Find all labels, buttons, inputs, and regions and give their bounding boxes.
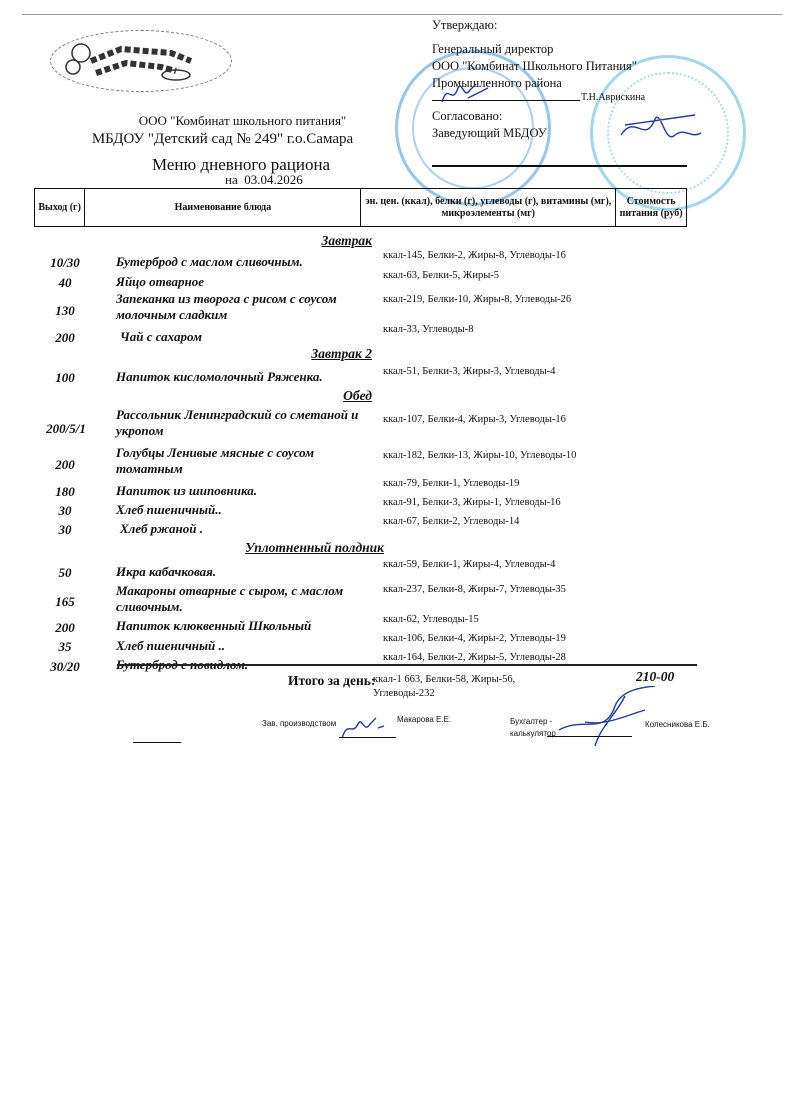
- item-name: Запеканка из творога с рисом с соусом мо…: [116, 291, 371, 323]
- column-header-cost: Стоимость питания (руб): [616, 189, 687, 227]
- production-head-name: Макарова Е.Е.: [397, 715, 451, 724]
- accountant-signature-line: [547, 736, 632, 737]
- item-nutrition: ккал-79, Белки-1, Углеводы-19: [383, 478, 693, 489]
- item-name: Бутерброд с маслом сливочным.: [116, 254, 381, 270]
- daily-total-nutrition-line2: Углеводы-232: [373, 687, 573, 701]
- item-nutrition: ккал-106, Белки-4, Жиры-2, Углеводы-19: [383, 633, 693, 644]
- item-nutrition: ккал-67, Белки-2, Углеводы-14: [383, 516, 693, 527]
- item-name: Напиток из шиповника.: [116, 483, 381, 499]
- logo-graphic-icon: [51, 31, 231, 91]
- item-nutrition: ккал-91, Белки-3, Жиры-1, Углеводы-16: [383, 497, 693, 508]
- company-logo: [50, 30, 232, 92]
- item-yield: 200: [30, 620, 100, 636]
- daily-total-label: Итого за день:: [288, 673, 375, 689]
- institution-name: МБДОУ "Детский сад № 249" г.о.Самара: [0, 131, 385, 148]
- item-name: Икра кабачковая.: [116, 564, 381, 580]
- item-nutrition: ккал-107, Белки-4, Жиры-3, Углеводы-16: [383, 414, 693, 425]
- column-header-yield: Выход (г): [35, 189, 85, 227]
- item-yield: 165: [30, 594, 100, 610]
- section-lunch: Обед: [0, 388, 372, 404]
- daily-total-nutrition-line1: ккал-1 663, Белки-58, Жиры-56,: [373, 673, 573, 687]
- menu-date: на 03.04.2026: [225, 172, 303, 188]
- item-yield: 100: [30, 370, 100, 386]
- item-yield: 200: [30, 330, 100, 346]
- item-nutrition: ккал-145, Белки-2, Жиры-8, Углеводы-16: [383, 250, 693, 261]
- item-name: Яйцо отварное: [116, 274, 381, 290]
- item-name: Напиток клюквенный Школьный: [116, 618, 381, 634]
- item-nutrition: ккал-164, Белки-2, Жиры-5, Углеводы-28: [383, 652, 693, 663]
- section-afternoon-snack: Уплотненный полдник: [0, 540, 384, 556]
- approver-position: Генеральный директор: [432, 41, 637, 58]
- item-nutrition: ккал-63, Белки-5, Жиры-5: [383, 270, 693, 281]
- item-yield: 180: [30, 484, 100, 500]
- approver-company: ООО "Комбинат Школьного Питания": [432, 58, 637, 75]
- item-yield: 40: [30, 275, 100, 291]
- item-yield: 130: [30, 303, 100, 319]
- item-yield: 35: [30, 639, 100, 655]
- item-yield: 50: [30, 565, 100, 581]
- section-breakfast: Завтрак: [0, 233, 372, 249]
- date-prefix: на: [225, 172, 238, 187]
- production-signature-line: [339, 737, 396, 738]
- item-yield: 30/20: [30, 659, 100, 675]
- head-signature-line: [432, 165, 687, 167]
- table-bottom-rule: [117, 664, 697, 666]
- item-nutrition: ккал-51, Белки-3, Жиры-3, Углеводы-4: [383, 366, 693, 377]
- item-yield: 30: [30, 522, 100, 538]
- director-name: Т.Н.Аврискина: [581, 92, 645, 103]
- top-rule: [22, 14, 782, 15]
- item-nutrition: ккал-219, Белки-10, Жиры-8, Углеводы-26: [383, 294, 693, 305]
- organization-name: ООО "Комбинат школьного питания": [0, 113, 385, 129]
- item-name: Голубцы Ленивые мясные с соусом томатным: [116, 445, 356, 477]
- item-yield: 10/30: [30, 255, 100, 271]
- agreed-label: Согласовано:: [432, 108, 547, 125]
- accountant-label-line1: Бухгалтер -: [510, 716, 556, 728]
- blank-signature-line: [133, 742, 181, 743]
- item-name: Рассольник Ленинградский со сметаной и у…: [116, 407, 381, 439]
- item-name: Макароны отварные с сыром, с маслом слив…: [116, 583, 381, 615]
- item-nutrition: ккал-182, Белки-13, Жиры-10, Углеводы-10: [383, 450, 693, 461]
- head-signature-icon: [615, 105, 705, 155]
- section-second-breakfast: Завтрак 2: [0, 346, 372, 362]
- production-head-label: Зав. производством: [262, 719, 336, 728]
- item-name: Хлеб пшеничный..: [116, 502, 381, 518]
- item-name: Хлеб ржаной .: [120, 521, 385, 537]
- approve-label: Утверждаю:: [432, 17, 637, 34]
- agreed-position: Заведующий МБДОУ: [432, 125, 547, 142]
- menu-table-header: Выход (г) Наименование блюда эн. цен. (к…: [34, 188, 687, 227]
- column-header-nutrition: эн. цен. (ккал), белки (г), углеводы (г)…: [361, 189, 616, 227]
- director-signature-line: [432, 100, 580, 101]
- column-header-dish: Наименование блюда: [85, 189, 361, 227]
- daily-total-nutrition: ккал-1 663, Белки-58, Жиры-56, Углеводы-…: [373, 673, 573, 701]
- director-signature-icon: [438, 78, 498, 108]
- item-name: Хлеб пшеничный ..: [116, 638, 381, 654]
- item-yield: 200/5/1: [26, 421, 106, 437]
- accountant-name: Колесникова Е.Б.: [645, 720, 710, 729]
- daily-total-cost: 210-00: [636, 669, 674, 685]
- date-value: 03.04.2026: [244, 172, 303, 187]
- accountant-label-line2: калькулятор: [510, 728, 556, 740]
- item-name: Напиток кисломолочный Ряженка.: [116, 369, 381, 385]
- item-nutrition: ккал-237, Белки-8, Жиры-7, Углеводы-35: [383, 584, 693, 595]
- item-nutrition: ккал-33, Углеводы-8: [383, 324, 693, 335]
- agreed-block: Согласовано: Заведующий МБДОУ: [432, 108, 547, 142]
- item-yield: 200: [30, 457, 100, 473]
- item-nutrition: ккал-62, Углеводы-15: [383, 614, 693, 625]
- item-name: Чай с сахаром: [120, 329, 385, 345]
- item-nutrition: ккал-59, Белки-1, Жиры-4, Углеводы-4: [383, 559, 693, 570]
- item-yield: 30: [30, 503, 100, 519]
